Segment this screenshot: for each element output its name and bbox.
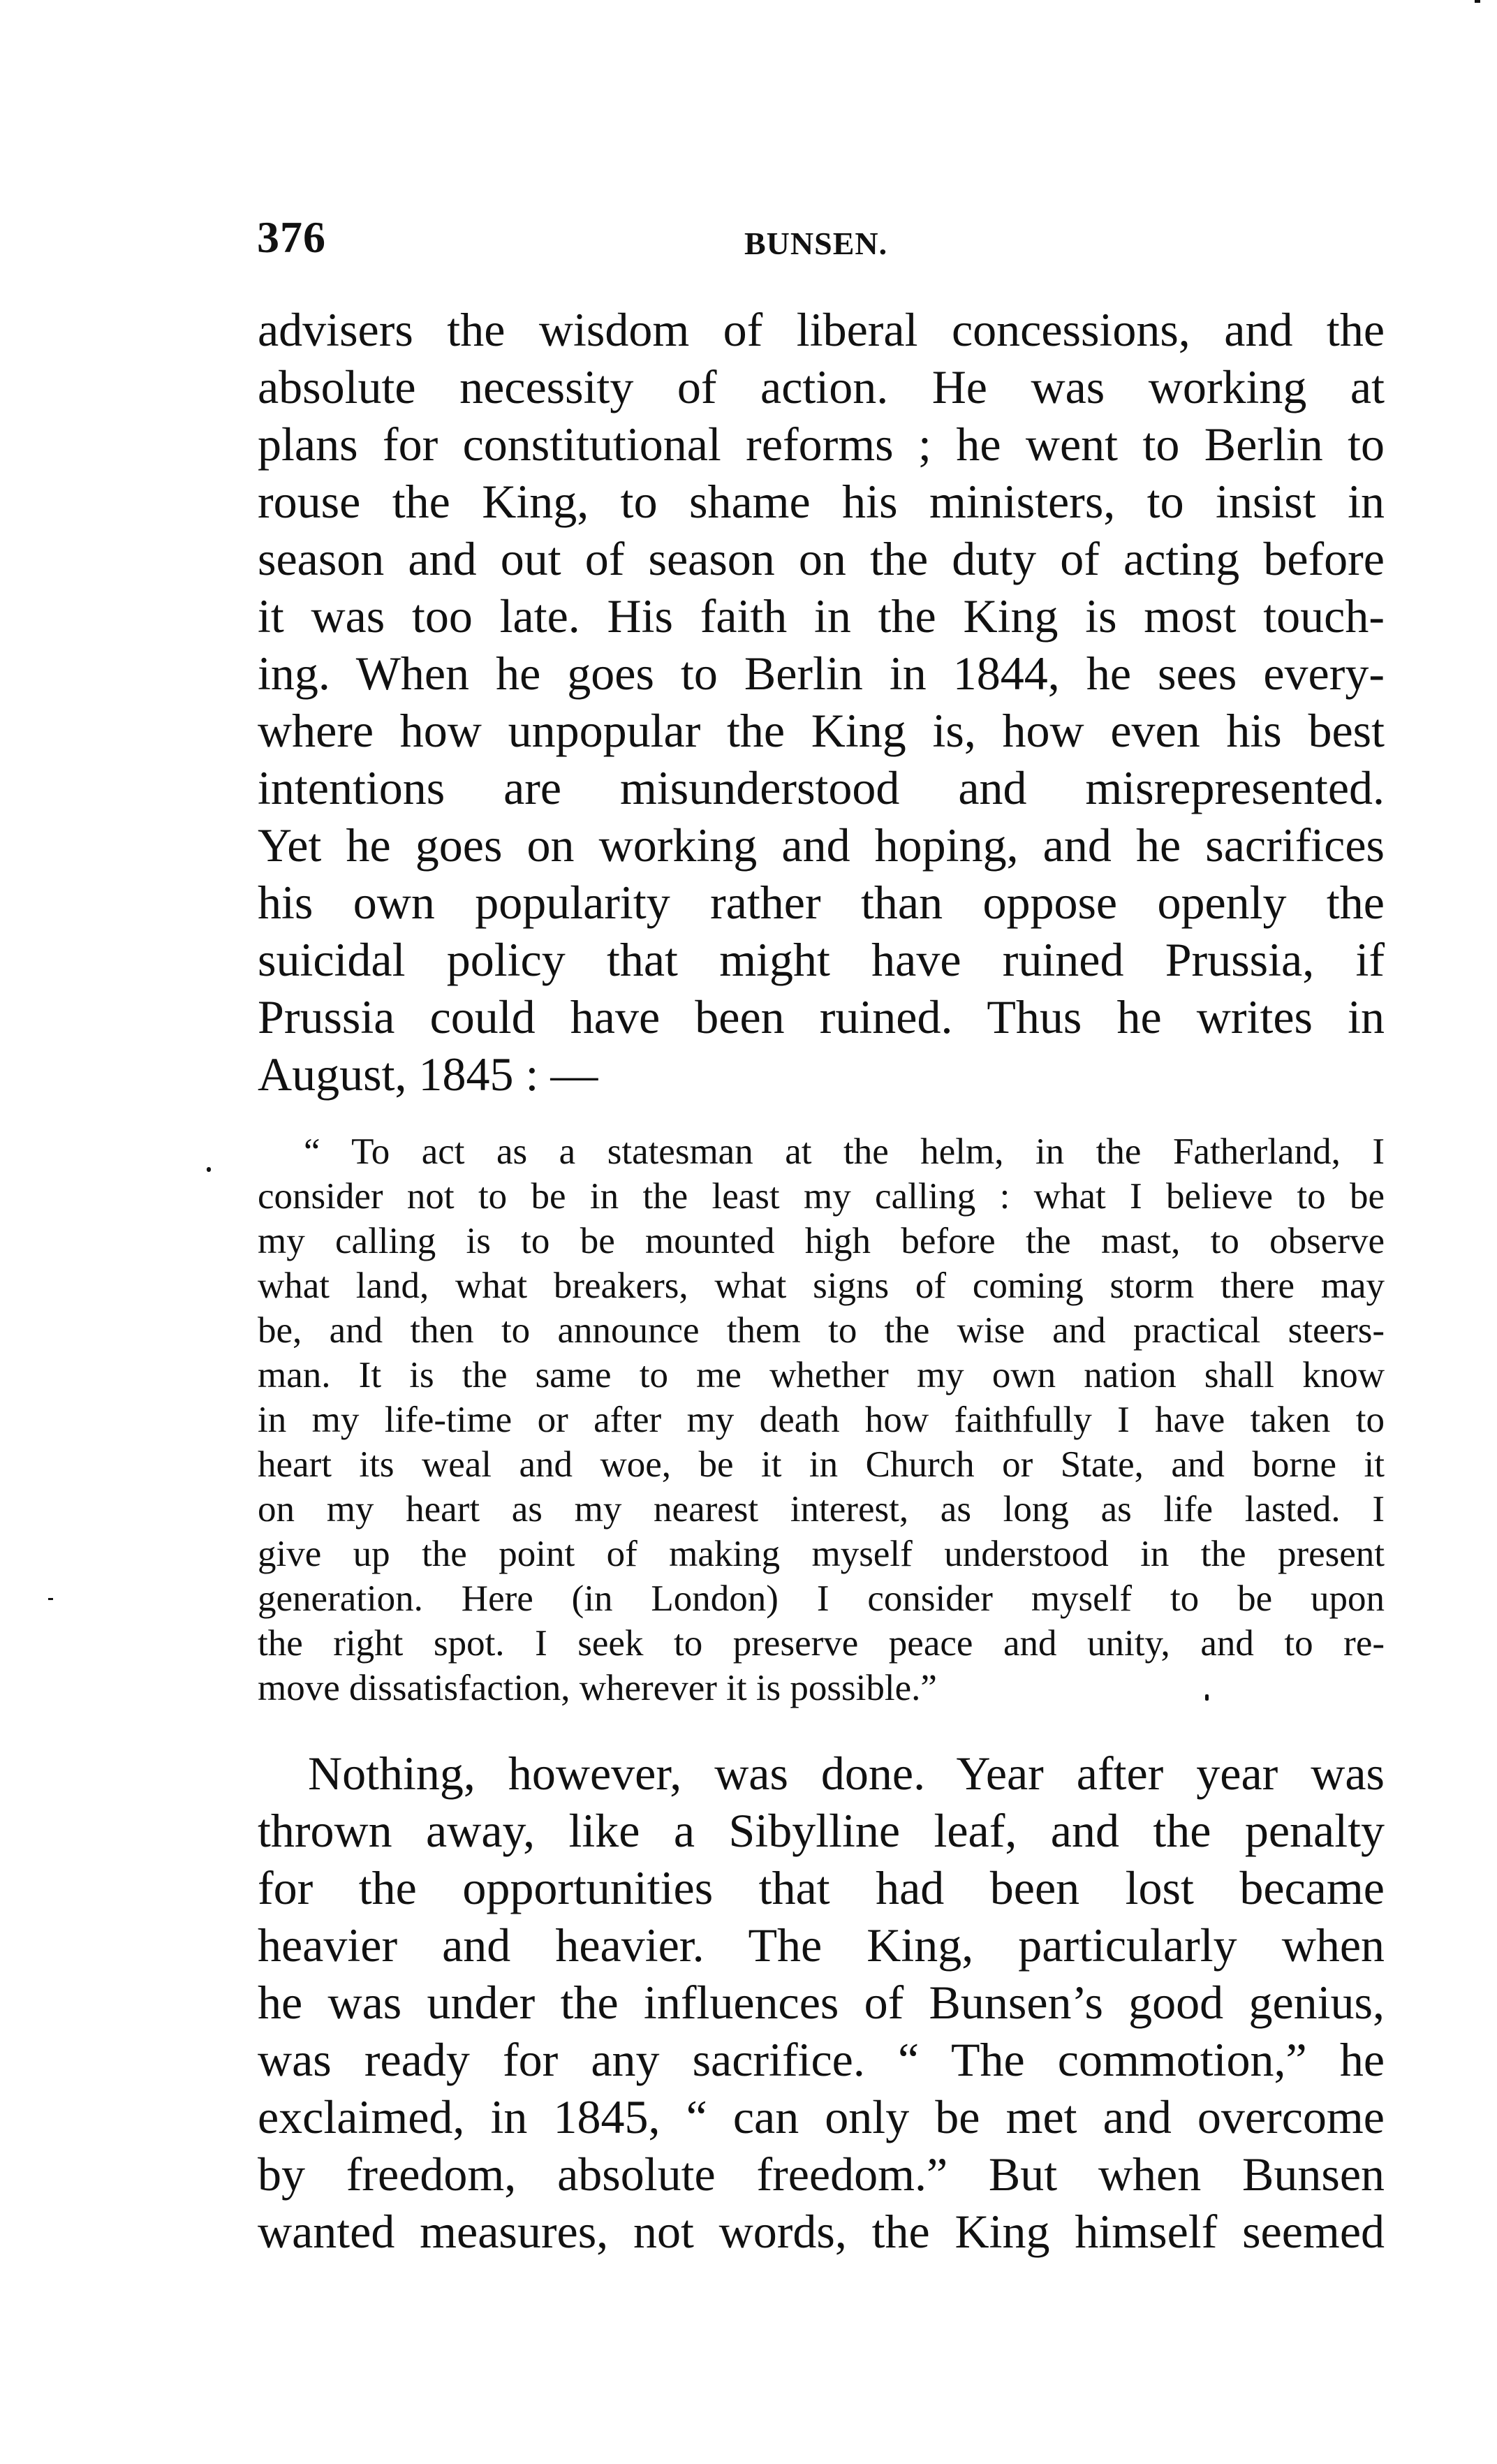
text-line: thrown away, like a Sibylline leaf, and …	[258, 1802, 1385, 1859]
text-line: wanted measures, not words, the King him…	[258, 2203, 1385, 2260]
quote-line: generation. Here (in London) I consider …	[258, 1576, 1385, 1621]
text-line: heavier and heavier. The King, particula…	[258, 1916, 1385, 1974]
text-line: suicidal policy that might have ruined P…	[258, 931, 1385, 988]
text-line: was ready for any sacrifice. “ The commo…	[258, 2031, 1385, 2088]
text-line: absolute necessity of action. He was wor…	[258, 358, 1385, 416]
text-line: he was under the influences of Bunsen’s …	[258, 1974, 1385, 2031]
text-line: plans for constitutional reforms ; he we…	[258, 416, 1385, 473]
quote-line: move dissatisfaction, wherever it is pos…	[258, 1666, 1385, 1710]
text-line: where how unpopular the King is, how eve…	[258, 702, 1385, 759]
book-page: 376 BUNSEN. advisers the wisdom of liber…	[0, 0, 1497, 2464]
quote-line: what land, what breakers, what signs of …	[258, 1263, 1385, 1308]
text-line: ing. When he goes to Berlin in 1844, he …	[258, 645, 1385, 702]
text-line: Yet he goes on working and hoping, and h…	[258, 816, 1385, 874]
running-title: BUNSEN.	[744, 222, 887, 265]
scan-speck	[48, 1598, 53, 1600]
paragraph-1: advisers the wisdom of liberal concessio…	[258, 301, 1385, 1103]
quote-line: my calling is to be mounted high before …	[258, 1219, 1385, 1263]
quote-line: on my heart as my nearest interest, as l…	[258, 1487, 1385, 1532]
text-line: Prussia could have been ruined. Thus he …	[258, 988, 1385, 1046]
quote-line: man. It is the same to me whether my own…	[258, 1353, 1385, 1398]
scan-speck	[207, 1167, 211, 1172]
quote-line: heart its weal and woe, be it in Church …	[258, 1442, 1385, 1487]
text-line: August, 1845 : —	[258, 1046, 1385, 1103]
text-line: rouse the King, to shame his ministers, …	[258, 473, 1385, 530]
quote-line: “ To act as a statesman at the helm, in …	[258, 1129, 1385, 1174]
text-line: for the opportunities that had been lost…	[258, 1859, 1385, 1916]
quote-line: in my life-time or after my death how fa…	[258, 1398, 1385, 1442]
quote-line: the right spot. I seek to preserve peace…	[258, 1621, 1385, 1666]
block-quotation: “ To act as a statesman at the helm, in …	[258, 1129, 1385, 1710]
text-line: intentions are misunderstood and misrepr…	[258, 759, 1385, 816]
scan-speck	[1475, 0, 1480, 3]
text-line: season and out of season on the duty of …	[258, 530, 1385, 587]
text-line: advisers the wisdom of liberal concessio…	[258, 301, 1385, 358]
page-number: 376	[257, 210, 326, 265]
quote-line: give up the point of making myself under…	[258, 1532, 1385, 1576]
text-line: it was too late. His faith in the King i…	[258, 587, 1385, 645]
quote-line: be, and then to announce them to the wis…	[258, 1308, 1385, 1353]
text-line: exclaimed, in 1845, “ can only be met an…	[258, 2088, 1385, 2146]
scan-speck	[1205, 1694, 1209, 1701]
text-line: Nothing, however, was done. Year after y…	[258, 1745, 1385, 1802]
paragraph-2: Nothing, however, was done. Year after y…	[258, 1745, 1385, 2260]
quote-line: consider not to be in the least my calli…	[258, 1174, 1385, 1219]
text-line: his own popularity rather than oppose op…	[258, 874, 1385, 931]
text-line: by freedom, absolute freedom.” But when …	[258, 2146, 1385, 2203]
